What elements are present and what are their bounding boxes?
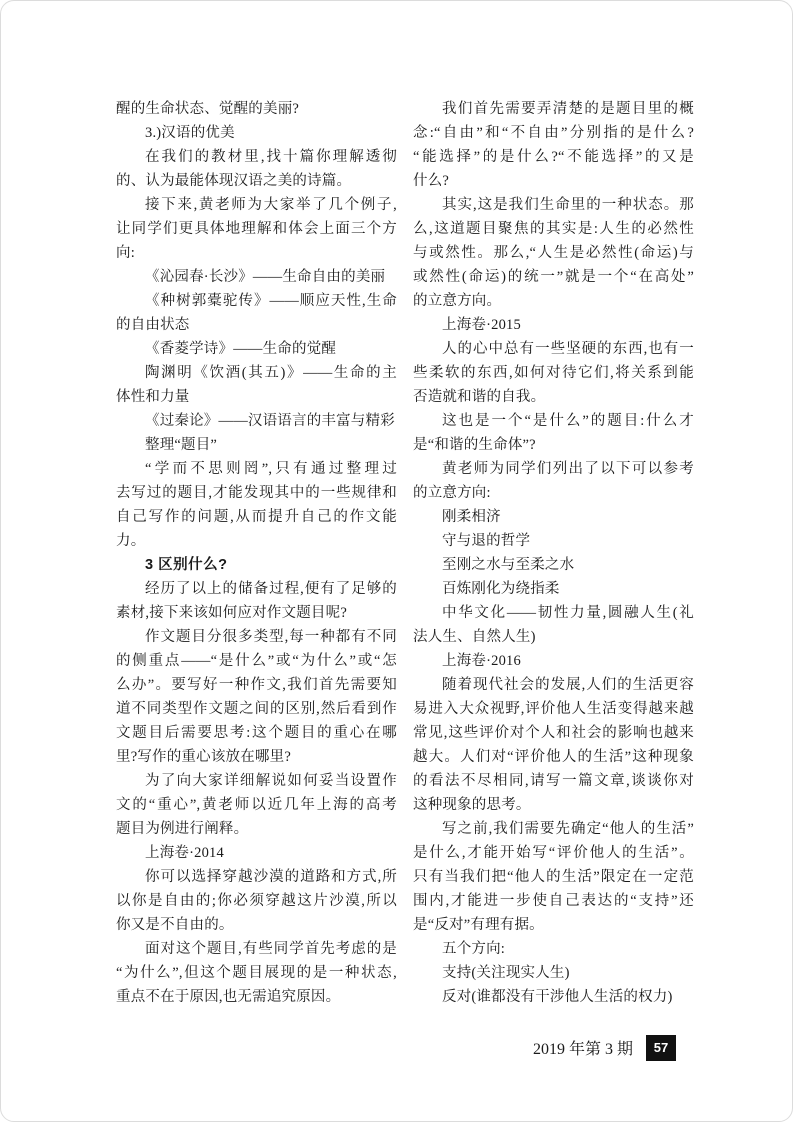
text-line: 么办”。要写好一种作文,我们首先需要知 bbox=[116, 673, 397, 697]
text-line: 刚柔相济 bbox=[413, 505, 694, 529]
text-line: 题目为例进行阐释。 bbox=[116, 817, 397, 841]
text-line: 其实,这是我们生命里的一种状态。那 bbox=[413, 193, 694, 217]
text-line: 至刚之水与至柔之水 bbox=[413, 553, 694, 577]
text-line: 是什么,才能开始写“评价他人的生活”。 bbox=[413, 841, 694, 865]
text-line: 上海卷·2016 bbox=[413, 649, 694, 673]
text-line: 作文题目分很多类型,每一种都有不同 bbox=[116, 625, 397, 649]
text-line: 百炼刚化为绕指柔 bbox=[413, 577, 694, 601]
text-line: 接下来,黄老师为大家举了几个例子, bbox=[116, 193, 397, 217]
text-line: 去写过的题目,才能发现其中的一些规律和 bbox=[116, 481, 397, 505]
text-line: 的、认为最能体现汉语之美的诗篇。 bbox=[116, 169, 397, 193]
text-line: “能选择”的是什么?“不能选择”的又是 bbox=[413, 145, 694, 169]
page-number-badge: 57 bbox=[646, 1035, 676, 1061]
text-line: “学而不思则罔”,只有通过整理过 bbox=[116, 457, 397, 481]
text-line: 什么? bbox=[413, 169, 694, 193]
text-line: “为什么”,但这个题目展现的是一种状态, bbox=[116, 961, 397, 985]
text-line: 以你是自由的;你必须穿越这片沙漠,所以 bbox=[116, 889, 397, 913]
right-column: 我们首先需要弄清楚的是题目里的概念:“自由”和“不自由”分别指的是什么?“能选择… bbox=[413, 97, 694, 1009]
text-line: 守与退的哲学 bbox=[413, 529, 694, 553]
text-line: 3 区别什么? bbox=[116, 553, 397, 577]
text-line: 是“和谐的生命体”? bbox=[413, 433, 694, 457]
text-line: 我们首先需要弄清楚的是题目里的概 bbox=[413, 97, 694, 121]
text-line: 的看法不尽相同,请写一篇文章,谈谈你对 bbox=[413, 769, 694, 793]
text-line: 五个方向: bbox=[413, 937, 694, 961]
text-line: 写之前,我们需要先确定“他人的生活” bbox=[413, 817, 694, 841]
text-line: 的立意方向。 bbox=[413, 289, 694, 313]
text-line: 素材,接下来该如何应对作文题目呢? bbox=[116, 601, 397, 625]
text-line: 你又是不自由的。 bbox=[116, 913, 397, 937]
text-line: 力。 bbox=[116, 529, 397, 553]
text-line: 这种现象的思考。 bbox=[413, 793, 694, 817]
text-line: 中华文化——韧性力量,圆融人生(礼 bbox=[413, 601, 694, 625]
text-line: 《香菱学诗》——生命的觉醒 bbox=[116, 337, 397, 361]
text-line: 3.)汉语的优美 bbox=[116, 121, 397, 145]
text-line: 黄老师为同学们列出了以下可以参考 bbox=[413, 457, 694, 481]
text-line: 法人生、自然人生) bbox=[413, 625, 694, 649]
text-line: 为了向大家详细解说如何妥当设置作 bbox=[116, 769, 397, 793]
text-line: 的自由状态 bbox=[116, 313, 397, 337]
text-line: 文的“重心”,黄老师以近几年上海的高考 bbox=[116, 793, 397, 817]
text-line: 常见,这些评价对个人和社会的影响也越来 bbox=[413, 721, 694, 745]
text-line: 在我们的教材里,找十篇你理解透彻 bbox=[116, 145, 397, 169]
text-line: 人的心中总有一些坚硬的东西,也有一 bbox=[413, 337, 694, 361]
page: 醒的生命状态、觉醒的美丽?3.)汉语的优美在我们的教材里,找十篇你理解透彻的、认… bbox=[0, 0, 793, 1122]
text-line: 与或然性。那么,“人生是必然性(命运)与 bbox=[413, 241, 694, 265]
text-line: 醒的生命状态、觉醒的美丽? bbox=[116, 97, 397, 121]
text-line: 整理“题目” bbox=[116, 433, 397, 457]
text-line: 支持(关注现实人生) bbox=[413, 961, 694, 985]
page-footer: 2019 年第 3 期 57 bbox=[1, 1034, 676, 1061]
text-line: 上海卷·2015 bbox=[413, 313, 694, 337]
text-line: 些柔软的东西,如何对待它们,将关系到能 bbox=[413, 361, 694, 385]
text-line: 随着现代社会的发展,人们的生活更容 bbox=[413, 673, 694, 697]
text-line: 是“反对”有理有据。 bbox=[413, 913, 694, 937]
text-line: 或然性(命运)的统一”就是一个“在高处” bbox=[413, 265, 694, 289]
text-line: 向: bbox=[116, 241, 397, 265]
text-line: 么,这道题目聚焦的其实是:人生的必然性 bbox=[413, 217, 694, 241]
text-line: 只有当我们把“他人的生活”限定在一定范 bbox=[413, 865, 694, 889]
text-line: 文题目后需要思考:这个题目的重心在哪 bbox=[116, 721, 397, 745]
left-column: 醒的生命状态、觉醒的美丽?3.)汉语的优美在我们的教材里,找十篇你理解透彻的、认… bbox=[116, 97, 397, 1009]
text-line: 围内,才能进一步使自己表达的“支持”还 bbox=[413, 889, 694, 913]
text-line: 让同学们更具体地理解和体会上面三个方 bbox=[116, 217, 397, 241]
text-line: 否造就和谐的自我。 bbox=[413, 385, 694, 409]
text-line: 《过秦论》——汉语语言的丰富与精彩 bbox=[116, 409, 397, 433]
text-line: 上海卷·2014 bbox=[116, 841, 397, 865]
text-line: 的立意方向: bbox=[413, 481, 694, 505]
text-line: 的侧重点——“是什么”或“为什么”或“怎 bbox=[116, 649, 397, 673]
text-line: 重点不在于原因,也无需追究原因。 bbox=[116, 985, 397, 1009]
text-line: 越大。人们对“评价他人的生活”这种现象 bbox=[413, 745, 694, 769]
text-line: 易进入大众视野,评价他人生活变得越来越 bbox=[413, 697, 694, 721]
text-line: 里?写作的重心该放在哪里? bbox=[116, 745, 397, 769]
text-line: 《种树郭橐驼传》——顺应天性,生命 bbox=[116, 289, 397, 313]
text-line: 你可以选择穿越沙漠的道路和方式,所 bbox=[116, 865, 397, 889]
text-line: 道不同类型作文题之间的区别,然后看到作 bbox=[116, 697, 397, 721]
text-line: 《沁园春·长沙》——生命自由的美丽 bbox=[116, 265, 397, 289]
text-line: 念:“自由”和“不自由”分别指的是什么? bbox=[413, 121, 694, 145]
text-line: 这也是一个“是什么”的题目:什么才 bbox=[413, 409, 694, 433]
text-line: 反对(谁都没有干涉他人生活的权力) bbox=[413, 985, 694, 1009]
text-line: 体性和力量 bbox=[116, 385, 397, 409]
text-line: 自己写作的问题,从而提升自己的作文能 bbox=[116, 505, 397, 529]
text-line: 面对这个题目,有些同学首先考虑的是 bbox=[116, 937, 397, 961]
text-line: 陶渊明《饮酒(其五)》——生命的主 bbox=[116, 361, 397, 385]
text-line: 经历了以上的储备过程,便有了足够的 bbox=[116, 577, 397, 601]
issue-label: 2019 年第 3 期 bbox=[533, 1036, 633, 1059]
